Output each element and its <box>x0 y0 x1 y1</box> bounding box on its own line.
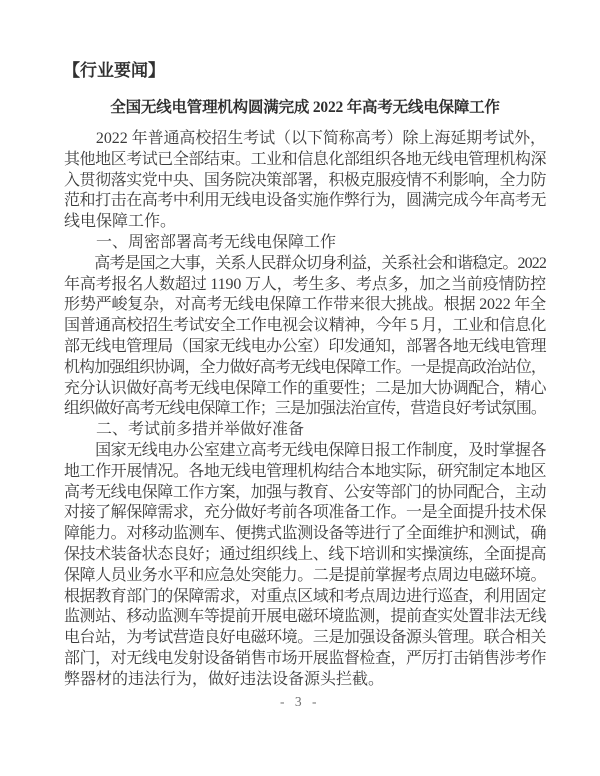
text-line: 电台站，为考试营造良好电磁环境。三是加强设备源头管理。联合相关 <box>64 628 546 649</box>
text-line: 组织做好高考无线电保障工作；三是加强法治宣传，营造良好考试氛围。 <box>64 399 546 420</box>
text-line-content: 机构加强组织协调，全力做好高考无线电保障工作。一是提高政治站位， <box>64 359 546 376</box>
text-line-content: 对接了解保障需求，充分做好考前各项准备工作。一是全面提升技术保 <box>64 504 546 521</box>
section-header: 【行业要闻】 <box>63 56 165 81</box>
text-line-content: 高考是国之大事，关系人民群众切身利益，关系社会和谐稳定。2022 <box>64 255 546 272</box>
text-line-content: 根据教育部门的保障需求，对重点区域和考点周边进行巡查，利用固定 <box>64 588 546 605</box>
text-line: 根据教育部门的保障需求，对重点区域和考点周边进行巡查，利用固定 <box>64 587 546 608</box>
text-line: 充分认识做好高考无线电保障工作的重要性；二是加大协调配合，精心 <box>64 379 546 400</box>
text-line: 地工作开展情况。各地无线电管理机构结合本地实际，研究制定本地区 <box>64 462 546 483</box>
text-line-content: 电台站，为考试营造良好电磁环境。三是加强设备源头管理。联合相关 <box>64 629 546 646</box>
page-number: - 3 - <box>0 694 600 710</box>
text-line-content: 保障人员业务水平和应急处突能力。二是提前掌握考点周边电磁环境。 <box>64 567 546 584</box>
text-line: 部门，对无线电发射设备销售市场开展监督检查，严厉打击销售涉考作 <box>64 649 546 670</box>
article-title: 全国无线电管理机构圆满完成 2022 年高考无线电保障工作 <box>64 95 546 117</box>
text-line-content: 部无线电管理局（国家无线电办公室）印发通知，部署各地无线电管理 <box>64 338 546 355</box>
text-line-content: 线电保障工作。 <box>64 213 176 230</box>
text-line: 二、考试前多措并举做好准备 <box>64 420 546 441</box>
text-line-content: 入贯彻落实党中央、国务院决策部署，积极克服疫情不利影响，全力防 <box>64 172 546 189</box>
text-line-content: 二、考试前多措并举做好准备 <box>64 421 304 438</box>
text-line-content: 范和打击在高考中利用无线电设备实施作弊行为，圆满完成今年高考无 <box>64 192 546 209</box>
text-line-content: 一、周密部署高考无线电保障工作 <box>64 234 336 251</box>
text-line: 一、周密部署高考无线电保障工作 <box>64 233 546 254</box>
document-page: 【行业要闻】 全国无线电管理机构圆满完成 2022 年高考无线电保障工作 202… <box>0 0 600 776</box>
text-line: 高考无线电保障工作方案，加强与教育、公安等部门的协同配合，主动 <box>64 483 546 504</box>
text-line-content: 监测站、移动监测车等提前开展电磁环境监测，提前查实处置非法无线 <box>64 608 546 625</box>
text-line-content: 年高考报名人数超过 1190 万人，考生多、考点多，加之当前疫情防控 <box>64 276 546 293</box>
text-line-content: 充分认识做好高考无线电保障工作的重要性；二是加大协调配合，精心 <box>64 380 546 397</box>
text-line: 障能力。对移动监测车、便携式监测设备等进行了全面维护和测试，确 <box>64 524 546 545</box>
text-line: 保障人员业务水平和应急处突能力。二是提前掌握考点周边电磁环境。 <box>64 566 546 587</box>
text-line-content: 保技术装备状态良好；通过组织线上、线下培训和实操演练，全面提高 <box>64 546 546 563</box>
text-line: 年高考报名人数超过 1190 万人，考生多、考点多，加之当前疫情防控 <box>64 275 546 296</box>
text-line: 国普通高校招生考试安全工作电视会议精神，今年 5 月，工业和信息化 <box>64 316 546 337</box>
text-line: 监测站、移动监测车等提前开展电磁环境监测，提前查实处置非法无线 <box>64 607 546 628</box>
text-line-content: 国普通高校招生考试安全工作电视会议精神，今年 5 月，工业和信息化 <box>64 317 546 334</box>
text-line: 入贯彻落实党中央、国务院决策部署，积极克服疫情不利影响，全力防 <box>64 171 546 192</box>
text-line-content: 组织做好高考无线电保障工作；三是加强法治宣传，营造良好考试氛围。 <box>64 400 546 417</box>
text-line: 对接了解保障需求，充分做好考前各项准备工作。一是全面提升技术保 <box>64 503 546 524</box>
text-line: 2022 年普通高校招生考试（以下简称高考）除上海延期考试外， <box>64 129 546 150</box>
text-line-content: 2022 年普通高校招生考试（以下简称高考）除上海延期考试外， <box>64 130 546 147</box>
text-line-content: 其他地区考试已全部结束。工业和信息化部组织各地无线电管理机构深 <box>64 151 546 168</box>
text-line-content: 国家无线电办公室建立高考无线电保障日报工作制度，及时掌握各 <box>64 442 546 459</box>
text-line: 国家无线电办公室建立高考无线电保障日报工作制度，及时掌握各 <box>64 441 546 462</box>
text-line-content: 地工作开展情况。各地无线电管理机构结合本地实际，研究制定本地区 <box>64 463 546 480</box>
text-line: 形势严峻复杂，对高考无线电保障工作带来很大挑战。根据 2022 年全 <box>64 295 546 316</box>
text-line-content: 形势严峻复杂，对高考无线电保障工作带来很大挑战。根据 2022 年全 <box>64 296 546 313</box>
text-line-content: 部门，对无线电发射设备销售市场开展监督检查，严厉打击销售涉考作 <box>64 650 546 667</box>
text-line: 其他地区考试已全部结束。工业和信息化部组织各地无线电管理机构深 <box>64 150 546 171</box>
text-line: 弊器材的违法行为，做好违法设备源头拦截。 <box>64 670 546 691</box>
text-line: 保技术装备状态良好；通过组织线上、线下培训和实操演练，全面提高 <box>64 545 546 566</box>
text-line-content: 弊器材的违法行为，做好违法设备源头拦截。 <box>64 671 384 688</box>
article-body: 2022 年普通高校招生考试（以下简称高考）除上海延期考试外，其他地区考试已全部… <box>64 129 546 691</box>
text-line: 范和打击在高考中利用无线电设备实施作弊行为，圆满完成今年高考无 <box>64 191 546 212</box>
text-line-content: 高考无线电保障工作方案，加强与教育、公安等部门的协同配合，主动 <box>64 484 546 501</box>
text-line: 机构加强组织协调，全力做好高考无线电保障工作。一是提高政治站位， <box>64 358 546 379</box>
text-line: 线电保障工作。 <box>64 212 546 233</box>
text-line: 高考是国之大事，关系人民群众切身利益，关系社会和谐稳定。2022 <box>64 254 546 275</box>
text-line: 部无线电管理局（国家无线电办公室）印发通知，部署各地无线电管理 <box>64 337 546 358</box>
text-line-content: 障能力。对移动监测车、便携式监测设备等进行了全面维护和测试，确 <box>64 525 546 542</box>
